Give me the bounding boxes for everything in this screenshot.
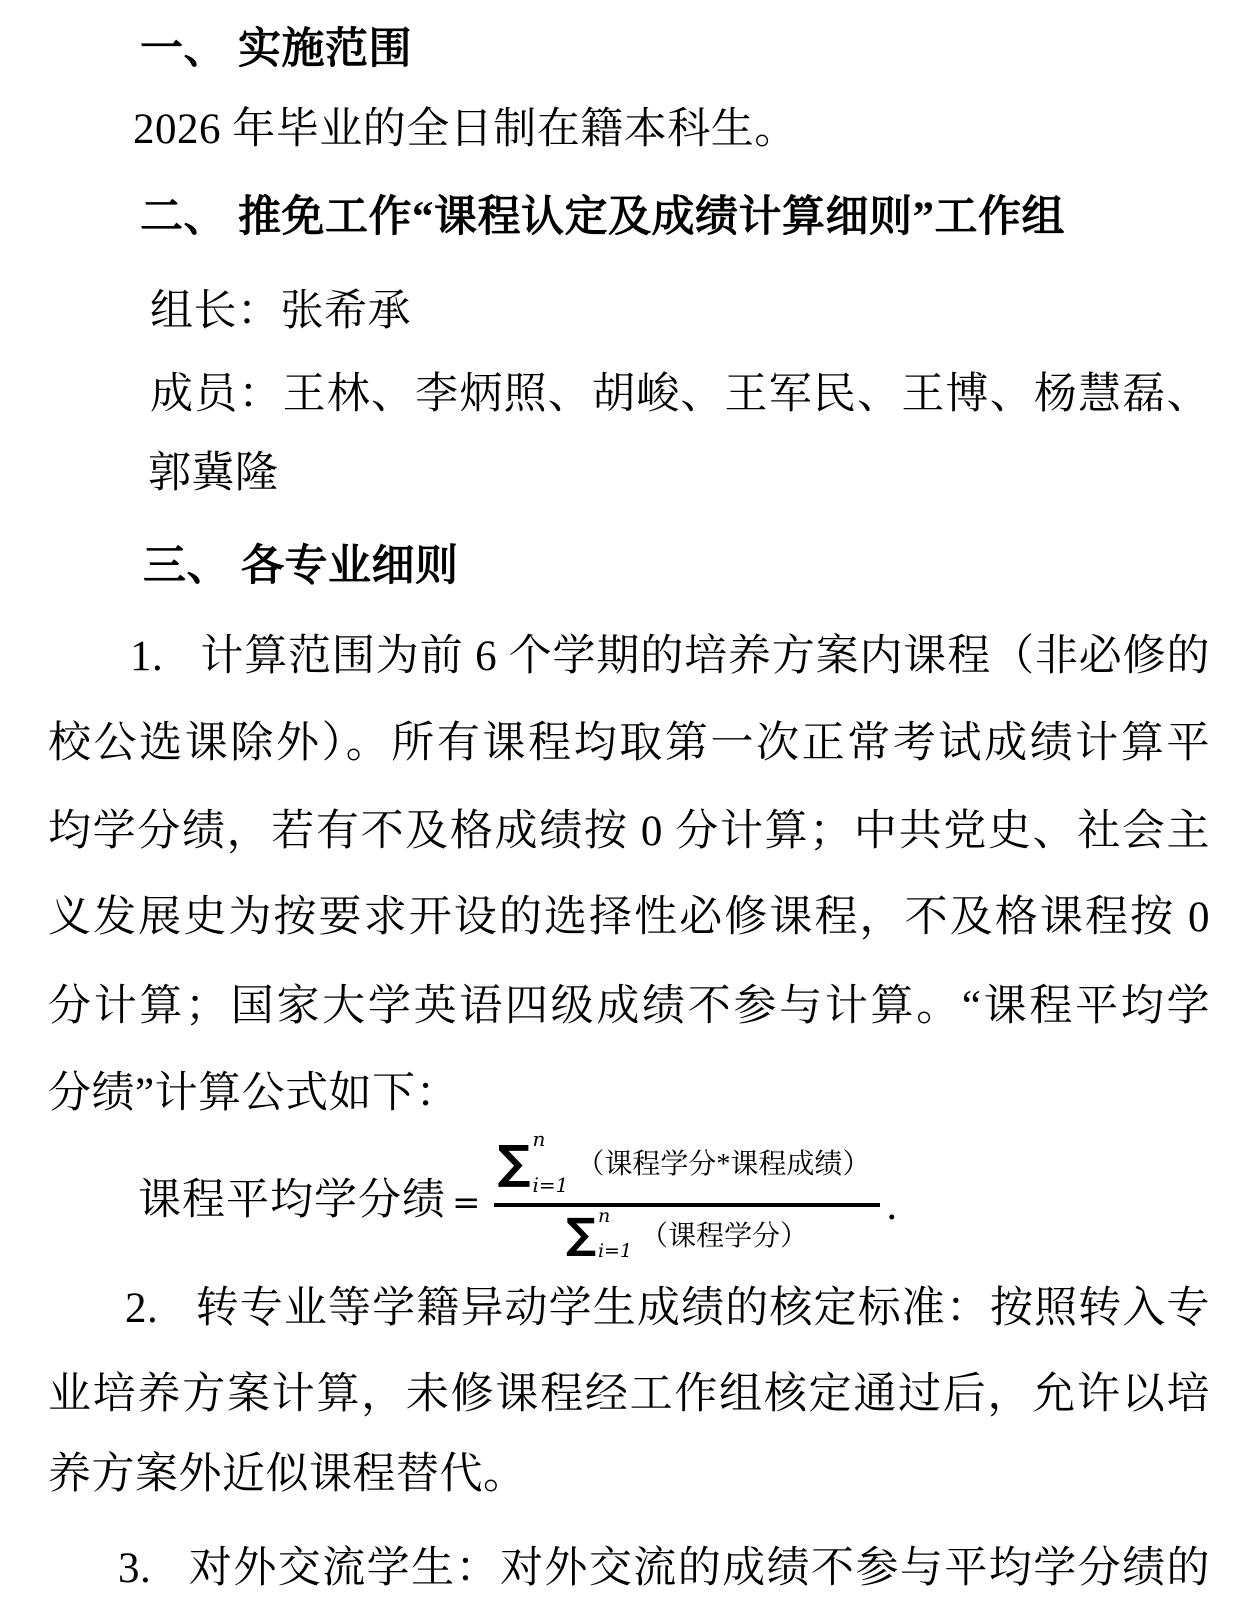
para1-line1: 1.计算范围为前 6 个学期的培养方案内课程（非必修的 (130, 632, 1210, 682)
sigma-symbol: ∑ (566, 1213, 596, 1255)
heading-text: 实施范围 (238, 26, 412, 73)
para1-line3: 均学分绩，若有不及格成绩按 0 分计算；中共党史、社会主 (48, 807, 1210, 857)
sigma-limits: ni=1 (598, 1207, 632, 1261)
heading-text: 推免工作“课程认定及成绩计算细则”工作组 (238, 194, 1065, 241)
heading-text: 各专业细则 (241, 543, 459, 590)
para3-line1: 3.对外交流学生：对外交流的成绩不参与平均学分绩的 (118, 1544, 1210, 1594)
formula-lhs: 课程平均学分绩= (138, 1179, 482, 1222)
sigma-upper-limit: n (598, 1207, 632, 1226)
para1-line6: 分绩”计算公式如下： (48, 1069, 459, 1119)
item-number: 3. (118, 1544, 188, 1594)
item-number: 2. (125, 1284, 195, 1334)
para-text: 计算范围为前 6 个学期的培养方案内课程（非必修的 (200, 633, 1210, 680)
para2-line2: 业培养方案计算，未修课程经工作组核定通过后，允许以培 (48, 1370, 1210, 1420)
denominator-text: （课程学分） (640, 1214, 808, 1254)
fraction: ∑ni=1（课程学分*课程成绩） ∑ni=1（课程学分） (494, 1125, 881, 1259)
numerator-text: （课程学分*课程成绩） (576, 1142, 870, 1182)
line-members-continued: 郭冀隆 (148, 449, 279, 499)
item-number: 1. (130, 632, 200, 682)
heading-number: 三、 (143, 542, 241, 592)
heading-number: 二、 (140, 193, 238, 243)
formula-lhs-text: 课程平均学分绩 (138, 1177, 446, 1224)
heading-number: 一、 (140, 25, 238, 75)
para2-line3: 养方案外近似课程替代。 (48, 1450, 527, 1500)
sigma-symbol: ∑ (498, 1139, 531, 1185)
fraction-numerator: ∑ni=1（课程学分*课程成绩） (494, 1125, 881, 1207)
document-page: 一、实施范围 2026 年毕业的全日制在籍本科生。 二、推免工作“课程认定及成绩… (0, 0, 1255, 1615)
sigma-lower-limit: i=1 (598, 1242, 632, 1261)
fraction-denominator: ∑ni=1（课程学分） (566, 1207, 808, 1259)
formula-course-average-gpa: 课程平均学分绩= ∑ni=1（课程学分*课程成绩） ∑ni=1（课程学分） . (138, 1125, 897, 1259)
para2-line1: 2.转专业等学籍异动学生成绩的核定标准：按照转入专 (125, 1284, 1210, 1334)
para-text: 转专业等学籍异动学生成绩的核定标准：按照转入专 (195, 1285, 1210, 1332)
para1-line5: 分计算；国家大学英语四级成绩不参与计算。“课程平均学 (48, 982, 1210, 1032)
para-text: 对外交流学生：对外交流的成绩不参与平均学分绩的 (188, 1545, 1210, 1592)
para1-line4: 义发展史为按要求开设的选择性必修课程，不及格课程按 0 (48, 893, 1210, 943)
heading-workgroup: 二、推免工作“课程认定及成绩计算细则”工作组 (140, 193, 1065, 243)
line-graduates-scope: 2026 年毕业的全日制在籍本科生。 (133, 105, 798, 155)
para1-line2: 校公选课除外）。所有课程均取第一次正常考试成绩计算平 (48, 719, 1210, 769)
sigma-limits: ni=1 (533, 1129, 569, 1195)
sigma-lower-limit: i=1 (533, 1175, 569, 1195)
sigma-upper-limit: n (533, 1129, 569, 1149)
heading-implementation-scope: 一、实施范围 (140, 25, 412, 75)
heading-major-rules: 三、各专业细则 (143, 542, 459, 592)
formula-period: . (886, 1185, 897, 1227)
equals-sign: = (452, 1183, 482, 1223)
line-group-leader: 组长：张希承 (150, 287, 411, 337)
line-members: 成员：王林、李炳照、胡峻、王军民、王博、杨慧磊、 (150, 370, 1210, 420)
